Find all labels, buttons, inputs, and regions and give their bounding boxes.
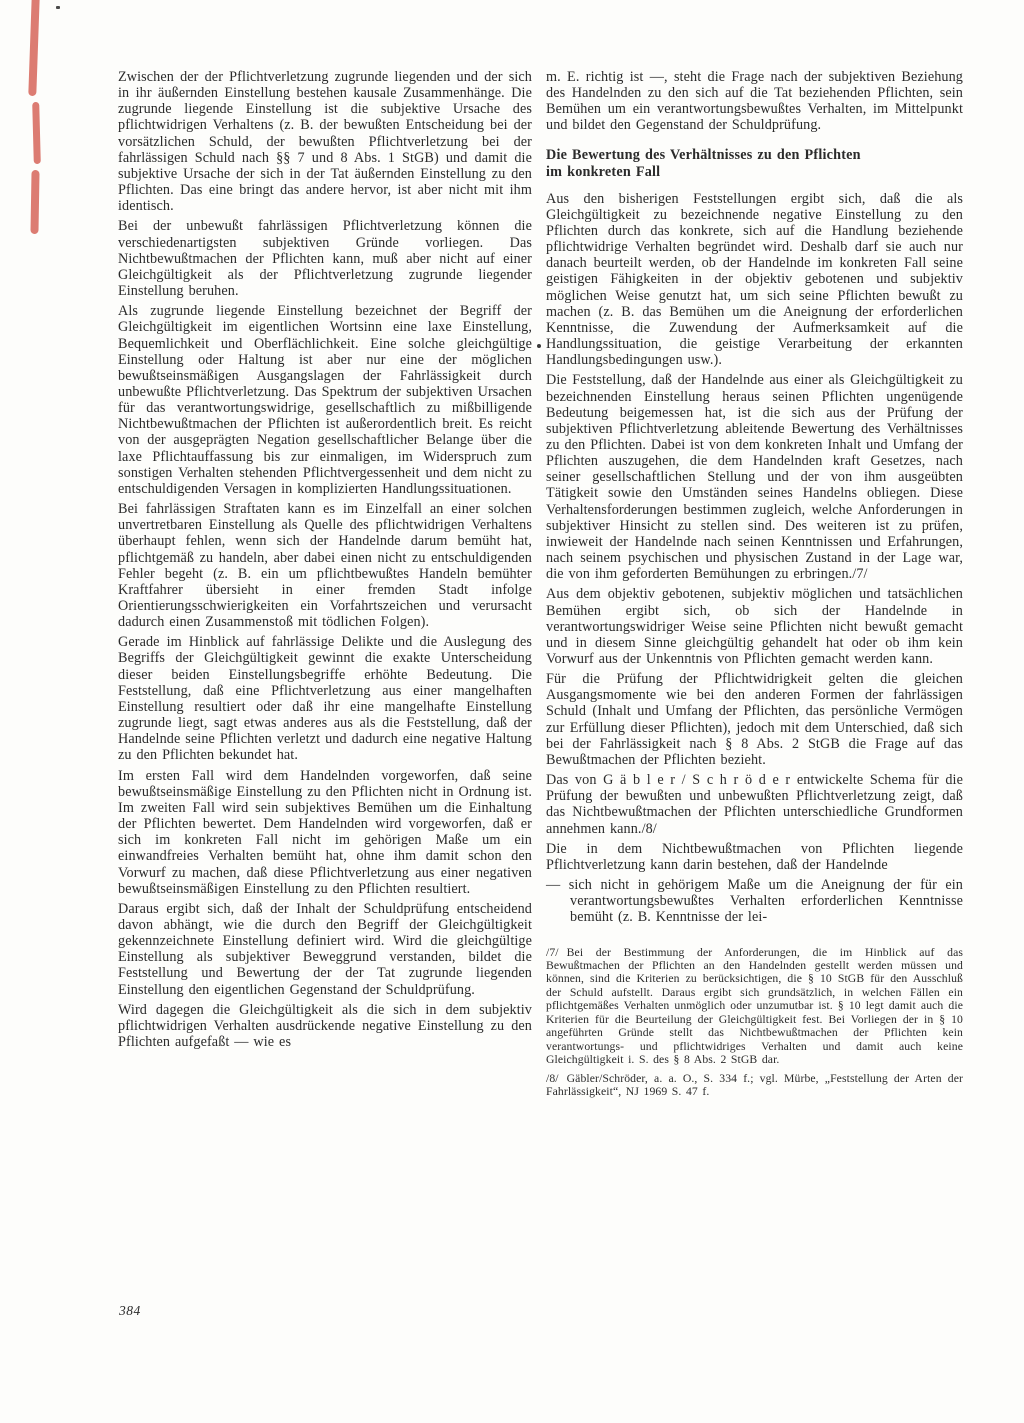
section-heading-line2: im konkreten Fall — [546, 164, 660, 180]
paragraph: Bei der unbewußt fahrlässigen Pflichtver… — [118, 218, 532, 299]
paragraph: Aus den bisherigen Feststellungen ergibt… — [546, 191, 963, 369]
red-margin-mark — [30, 170, 39, 234]
section-heading: Die Bewertung des Verhältnisses zu den P… — [546, 147, 963, 182]
paragraph: Die in dem Nichtbewußtmachen von Pflicht… — [546, 841, 963, 873]
paragraph: Für die Prüfung der Pflichtwidrigkeit ge… — [546, 671, 963, 768]
list-item-dash: — sich nicht in gehörigem Maße um die An… — [546, 877, 963, 925]
paragraph: Die Feststellung, daß der Handelnde aus … — [546, 372, 963, 582]
margin-bullet-dot — [537, 344, 541, 348]
section-heading-line1: Die Bewertung des Verhältnisses zu den P… — [546, 147, 861, 163]
paragraph: Wird dagegen die Gleichgültigkeit als di… — [118, 1002, 532, 1050]
paragraph: Aus dem objektiv gebotenen, subjektiv mö… — [546, 586, 963, 667]
paragraph: Das von G ä b l e r / S c h r ö d e r en… — [546, 772, 963, 837]
paragraph: Im ersten Fall wird dem Handelnden vorge… — [118, 768, 532, 897]
left-column: Zwischen der der Pflichtverletzung zugru… — [118, 69, 532, 1054]
footnotes-block: /7/Bei der Bestimmung der Anforderungen,… — [546, 946, 963, 1099]
red-margin-mark — [28, 0, 39, 96]
right-column: m. E. richtig ist —, steht die Frage nac… — [546, 69, 963, 1103]
footnote-7: /7/Bei der Bestimmung der Anforderungen,… — [546, 946, 963, 1067]
scanned-journal-page: Zwischen der der Pflichtverletzung zugru… — [0, 0, 1024, 1423]
paragraph: Gerade im Hinblick auf fahrlässige Delik… — [118, 634, 532, 763]
paragraph: m. E. richtig ist —, steht die Frage nac… — [546, 69, 963, 134]
paragraph: Bei fahrlässigen Straftaten kann es im E… — [118, 501, 532, 630]
footnote-text: Gäbler/Schröder, a. a. O., S. 334 f.; vg… — [546, 1072, 963, 1098]
footnote-text: Bei der Bestimmung der Anforderungen, di… — [546, 946, 963, 1067]
paragraph: Als zugrunde liegende Einstellung bezeic… — [118, 303, 532, 497]
page-number: 384 — [119, 1303, 141, 1319]
ink-speck — [56, 6, 60, 9]
footnote-marker: /8/ — [546, 1072, 567, 1085]
paragraph: Daraus ergibt sich, daß der Inhalt der S… — [118, 901, 532, 998]
red-margin-mark — [32, 102, 41, 164]
footnote-marker: /7/ — [546, 946, 567, 959]
paragraph: Zwischen der der Pflichtverletzung zugru… — [118, 69, 532, 214]
footnote-8: /8/Gäbler/Schröder, a. a. O., S. 334 f.;… — [546, 1072, 963, 1099]
